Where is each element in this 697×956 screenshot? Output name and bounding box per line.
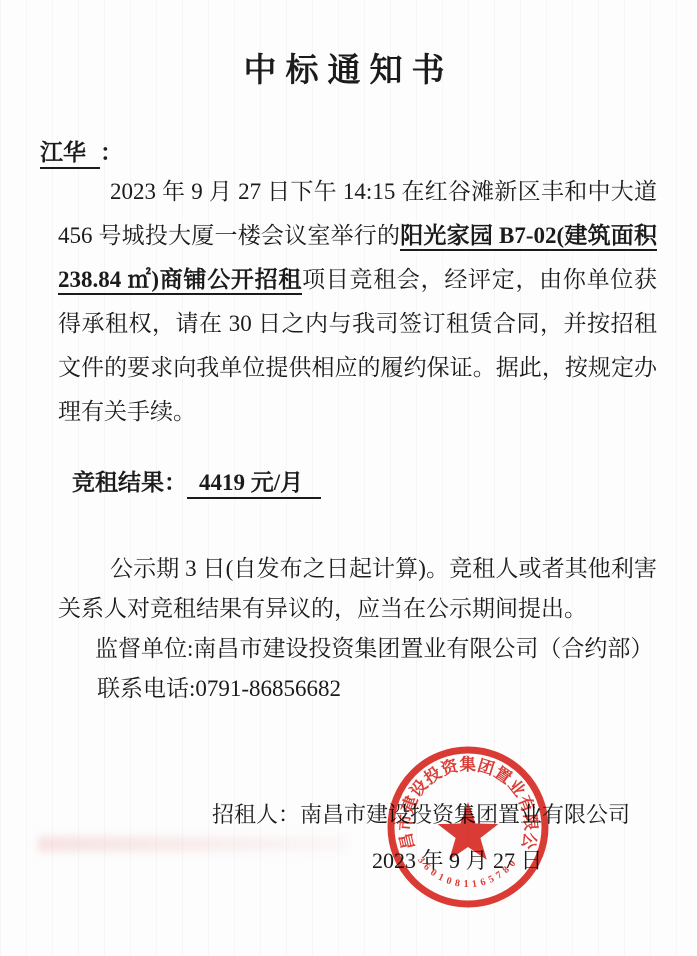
document-page: 中标通知书 江华： 2023 年 9 月 27 日下午 14:15 在红谷滩新区… [0, 0, 697, 956]
bid-result-line: 竞租结果：4419 元/月 [72, 464, 321, 497]
para1-line6: 理有关手续。 [58, 390, 657, 434]
salutation: 江华： [40, 134, 123, 167]
seal-number-text: 3601081165780 [415, 855, 521, 890]
para2-line2: 关系人对竞租结果有异议的，应当在公示期间提出。 [58, 589, 657, 629]
para1-line3: 238.84 ㎡)商铺公开招租项目竞租会，经评定，由你单位获 [58, 258, 657, 302]
para2-line1: 公示期 3 日(自发布之日起计算)。竞租人或者其他利害 [58, 549, 657, 589]
supervisor-unit-line: 监督单位:南昌市建设投资集团置业有限公司（合约部） [58, 629, 657, 669]
bid-result-value: 4419 元/月 [187, 470, 321, 499]
para1-line5: 文件的要求向我单位提供相应的履约保证。据此，按规定办 [58, 346, 657, 390]
para1-line1: 2023 年 9 月 27 日下午 14:15 在红谷滩新区丰和中大道 [58, 170, 657, 214]
para1-line2: 456 号城投大厦一楼会议室举行的阳光家园 B7-02(建筑面积 [58, 214, 657, 258]
para1-line4: 得承租权，请在 30 日之内与我司签订租赁合同，并按招租 [58, 302, 657, 346]
seal-star-icon [438, 802, 499, 860]
salutation-colon: ： [100, 140, 123, 165]
highlighted-project-area: 238.84 ㎡)商铺公开招租 [58, 267, 302, 295]
addressee-name: 江华 [40, 140, 100, 169]
bid-result-label: 竞租结果： [72, 470, 187, 495]
scan-smudge-artifact [38, 836, 348, 852]
company-seal-stamp: 南昌市建设投资集团置业有限公司 3601081165780 [368, 727, 568, 927]
document-title: 中标通知书 [0, 44, 697, 91]
contact-phone-line: 联系电话:0791-86856682 [58, 669, 657, 709]
body-paragraph-1: 2023 年 9 月 27 日下午 14:15 在红谷滩新区丰和中大道 456 … [58, 170, 657, 434]
highlighted-project-name: 阳光家园 B7-02(建筑面积 [400, 223, 657, 251]
body-paragraph-2: 公示期 3 日(自发布之日起计算)。竞租人或者其他利害 关系人对竞租结果有异议的… [58, 549, 657, 709]
